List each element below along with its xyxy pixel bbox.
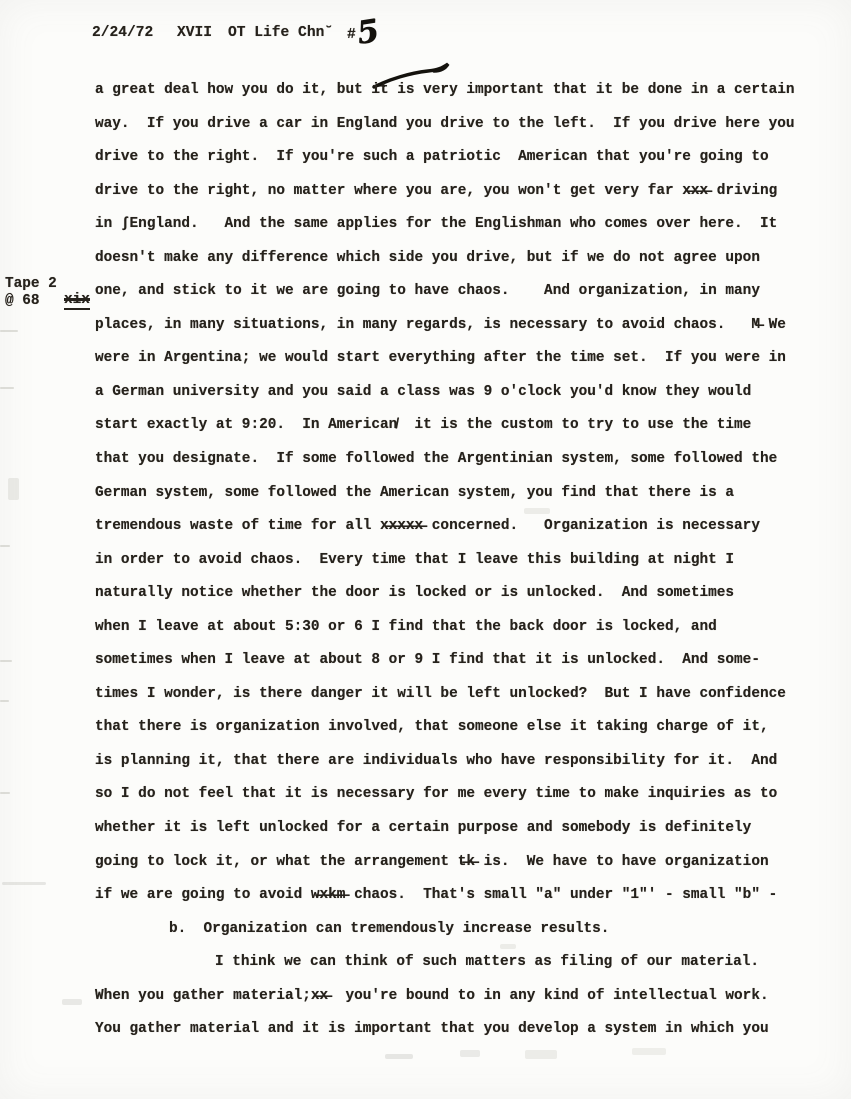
tape-label: Tape 2 [5, 276, 57, 292]
paragraph-indent-line: I think we can think of such matters as … [95, 946, 795, 980]
text-line: whether it is left unlocked for a certai… [95, 812, 795, 846]
scan-artifact [2, 882, 46, 885]
scan-artifact [62, 999, 82, 1005]
text-line: going to lock it, or what the arrangemen… [95, 846, 795, 880]
scanned-document-page: 2/24/72 XVII OT Life Chn˘ # 5 Tape 2 @ 6… [0, 0, 851, 1099]
text-line: if we are going to avoid w̶x̶k̶m̶ chaos.… [95, 879, 795, 913]
text-line: naturally notice whether the door is loc… [95, 577, 795, 611]
text-line: in order to avoid chaos. Every time that… [95, 544, 795, 578]
ink-blob-bottom [25, 957, 47, 984]
scan-artifact [0, 660, 12, 662]
text-line: that there is organization involved, tha… [95, 711, 795, 745]
ink-blob-middle [25, 529, 45, 554]
scan-artifact [524, 508, 550, 514]
text-line: times I wonder, is there danger it will … [95, 678, 795, 712]
tape-counter: @ 68 [5, 293, 40, 309]
document-header: 2/24/72 XVII OT Life Chn˘ # 5 [0, 25, 851, 55]
text-line: way. If you drive a car in England you d… [95, 108, 795, 142]
text-line: German system, some followed the America… [95, 477, 795, 511]
text-line: a great deal how you do it, but it is ve… [95, 74, 795, 108]
scan-artifact [0, 545, 10, 547]
text-line: one, and stick to it we are going to hav… [95, 275, 795, 309]
scan-artifact [460, 1050, 480, 1057]
header-date: 2/24/72 [92, 25, 153, 41]
text-line: in ∫England. And the same applies for th… [95, 208, 795, 242]
header-page-prefix: # [347, 27, 356, 43]
text-line: when I leave at about 5:30 or 6 I find t… [95, 611, 795, 645]
scan-artifact [500, 944, 516, 949]
scan-artifact [8, 478, 19, 500]
text-line: so I do not feel that it is necessary fo… [95, 778, 795, 812]
text-line: tremendous waste of time for all x̶x̶x̶x… [95, 510, 795, 544]
scan-artifact [525, 1050, 557, 1059]
scan-artifact [0, 792, 10, 794]
text-line: were in Argentina; we would start everyt… [95, 342, 795, 376]
margin-overstrike-text: xix [64, 292, 90, 310]
text-line: drive to the right. If you're such a pat… [95, 141, 795, 175]
text-line: that you designate. If some followed the… [95, 443, 795, 477]
margin-tape-annotation: Tape 2 @ 68 [5, 276, 57, 309]
text-line: drive to the right, no matter where you … [95, 175, 795, 209]
text-line: You gather material and it is important … [95, 1013, 795, 1047]
text-line: a German university and you said a class… [95, 376, 795, 410]
header-course-title: OT Life Chn˘ [228, 25, 333, 41]
ink-blob-top [24, 104, 42, 124]
text-line: When you gather material;x̶x̶ you're bou… [95, 980, 795, 1014]
text-line: start exactly at 9:20. In American̸ it i… [95, 409, 795, 443]
scan-artifact [0, 700, 9, 702]
scan-artifact [0, 387, 14, 389]
outline-item-b-line: b. Organization can tremendously increas… [95, 913, 795, 947]
text-line: is planning it, that there are individua… [95, 745, 795, 779]
text-line: places, in many situations, in many rega… [95, 309, 795, 343]
header-series-numeral: XVII [177, 25, 212, 41]
text-line: doesn't make any difference which side y… [95, 242, 795, 276]
typewritten-body: a great deal how you do it, but it is ve… [95, 74, 795, 1047]
text-line: sometimes when I leave at about 8 or 9 I… [95, 644, 795, 678]
scan-artifact [385, 1054, 413, 1059]
scan-artifact [632, 1048, 666, 1055]
scan-artifact [0, 330, 18, 332]
